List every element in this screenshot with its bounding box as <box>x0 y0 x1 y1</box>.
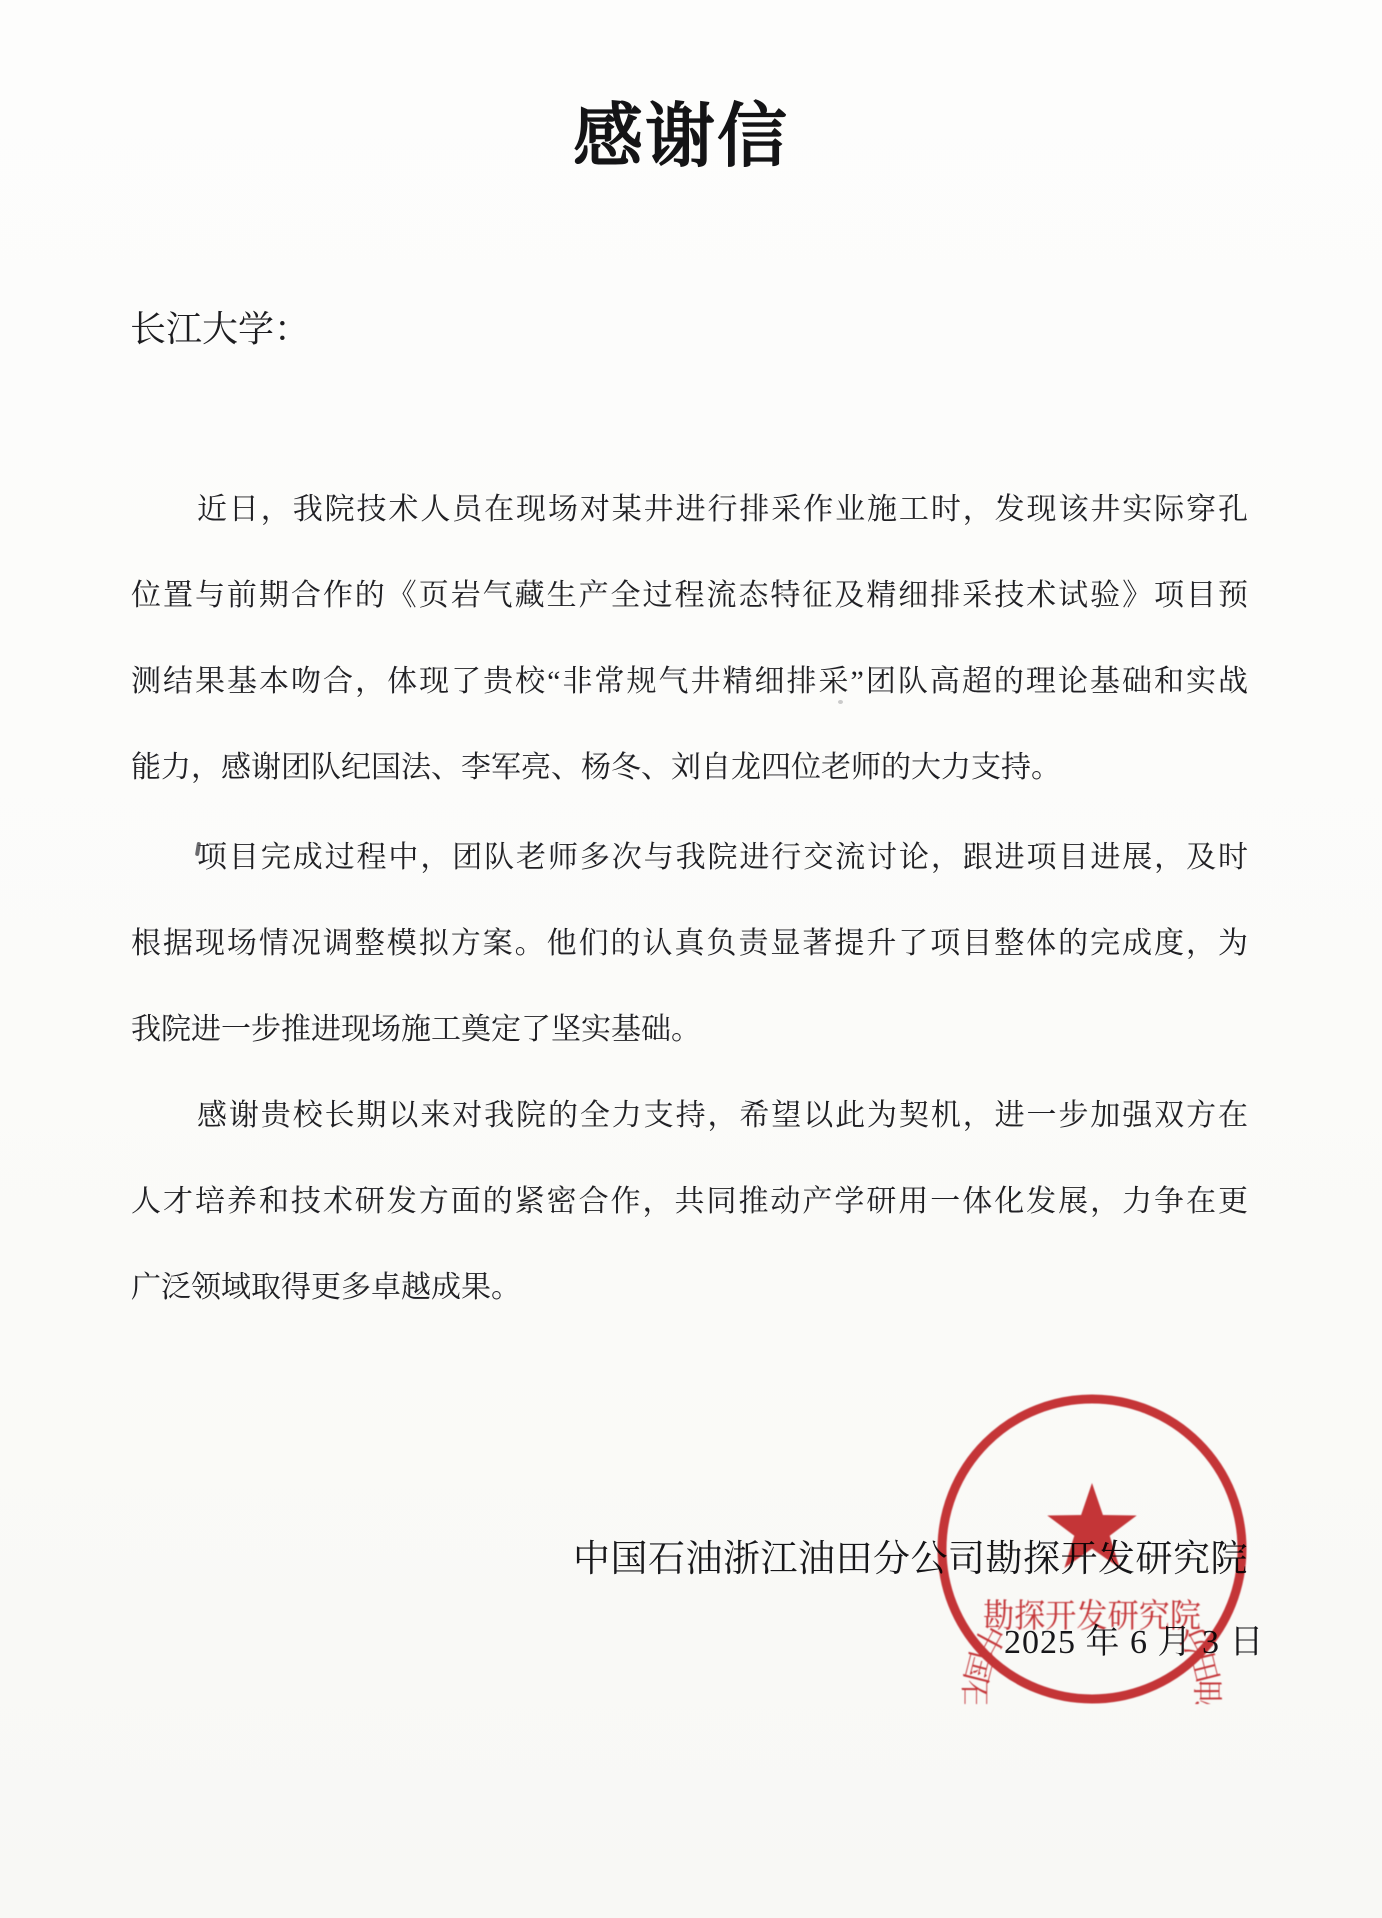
body-line: 我院进一步推进现场施工奠定了坚实基础。 <box>131 1008 1248 1052</box>
body-line: 广泛领域取得更多卓越成果。 <box>131 1266 1248 1310</box>
body-line: 项目完成过程中，团队老师多次与我院进行交流讨论，跟进项目进展，及时 <box>197 836 1248 880</box>
seal-banner-text: 勘探开发研究院 <box>983 1598 1201 1635</box>
star-icon <box>1047 1483 1136 1568</box>
body-line: 位置与前期合作的《页岩气藏生产全过程流态特征及精细排采技术试验》项目预 <box>131 574 1248 618</box>
scan-artifact <box>838 700 843 704</box>
body-line: 近日，我院技术人员在现场对某井进行排采作业施工时，发现该井实际穿孔 <box>197 488 1248 532</box>
salutation: 长江大学： <box>130 306 310 352</box>
body-line: 根据现场情况调整模拟方案。他们的认真负责显著提升了项目整体的完成度，为 <box>131 922 1248 966</box>
body-line: 人才培养和技术研发方面的紧密合作，共同推动产学研用一体化发展，力争在更 <box>131 1180 1248 1224</box>
official-seal: 中国石油天然气股份有限公司浙江油田分公司 勘探开发研究院 <box>937 1394 1247 1704</box>
body-line: 感谢贵校长期以来对我院的全力支持，希望以此为契机，进一步加强双方在 <box>197 1094 1248 1138</box>
letter-title: 感谢信 <box>0 96 1372 176</box>
body-line: 测结果基本吻合，体现了贵校“非常规气井精细排采”团队高超的理论基础和实战 <box>131 660 1248 704</box>
body-line: 能力，感谢团队纪国法、李军亮、杨冬、刘自龙四位老师的大力支持。 <box>131 746 1248 790</box>
letter-page: 感谢信 长江大学： 近日，我院技术人员在现场对某井进行排采作业施工时，发现该井实… <box>0 0 1382 1918</box>
